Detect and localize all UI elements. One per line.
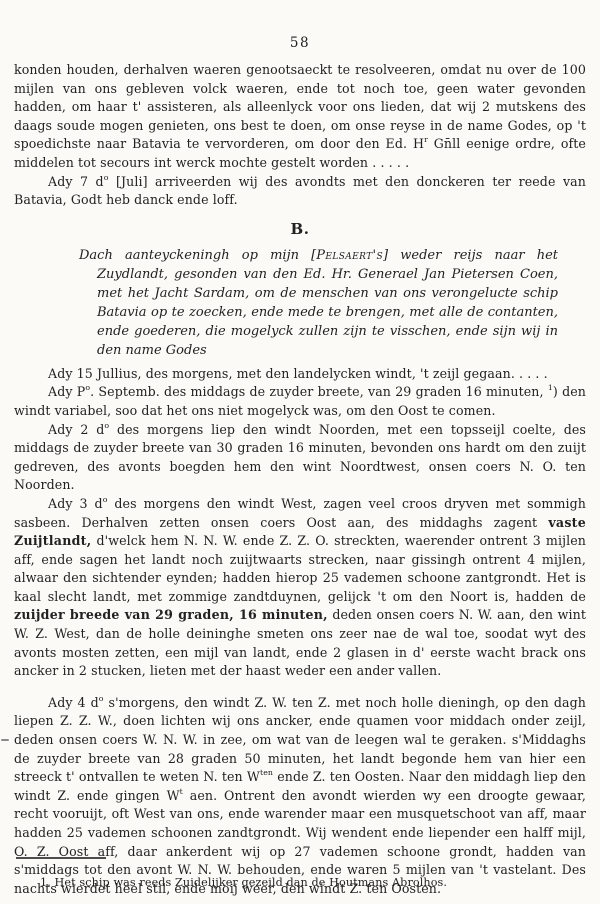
footnote-rule [16,857,106,859]
footnote-text: 1. Het schip was reeds Zuidelijker gezei… [40,875,540,890]
scan-artifact-dash [1,739,9,741]
arrival-paragraph: Ady 7 do [Juli] arriveerden wij des avon… [14,173,586,210]
preface-paragraph: Dach aanteyckeningh op mijn [Pelsaert's]… [97,246,558,360]
journal-entry-sept3: Ady 3 do des morgens den windt West, zag… [14,495,586,681]
journal-entry-sail: Ady 15 Jullius, des morgens, met den lan… [14,365,586,384]
journal-entry-sept4: Ady 4 do s'morgens, den windt Z. W. ten … [14,694,586,899]
section-heading: B. [0,220,600,238]
book-page: 58 konden houden, derhalven waeren genoo… [0,0,600,904]
journal-entry-sept1: Ady Po. Septemb. des middags de zuyder b… [14,383,586,420]
continuation-paragraph: konden houden, derhalven waeren genootsa… [14,61,586,173]
page-number: 58 [0,0,600,51]
journal-entry-sept2: Ady 2 do des morgens liep den windt Noor… [14,421,586,495]
